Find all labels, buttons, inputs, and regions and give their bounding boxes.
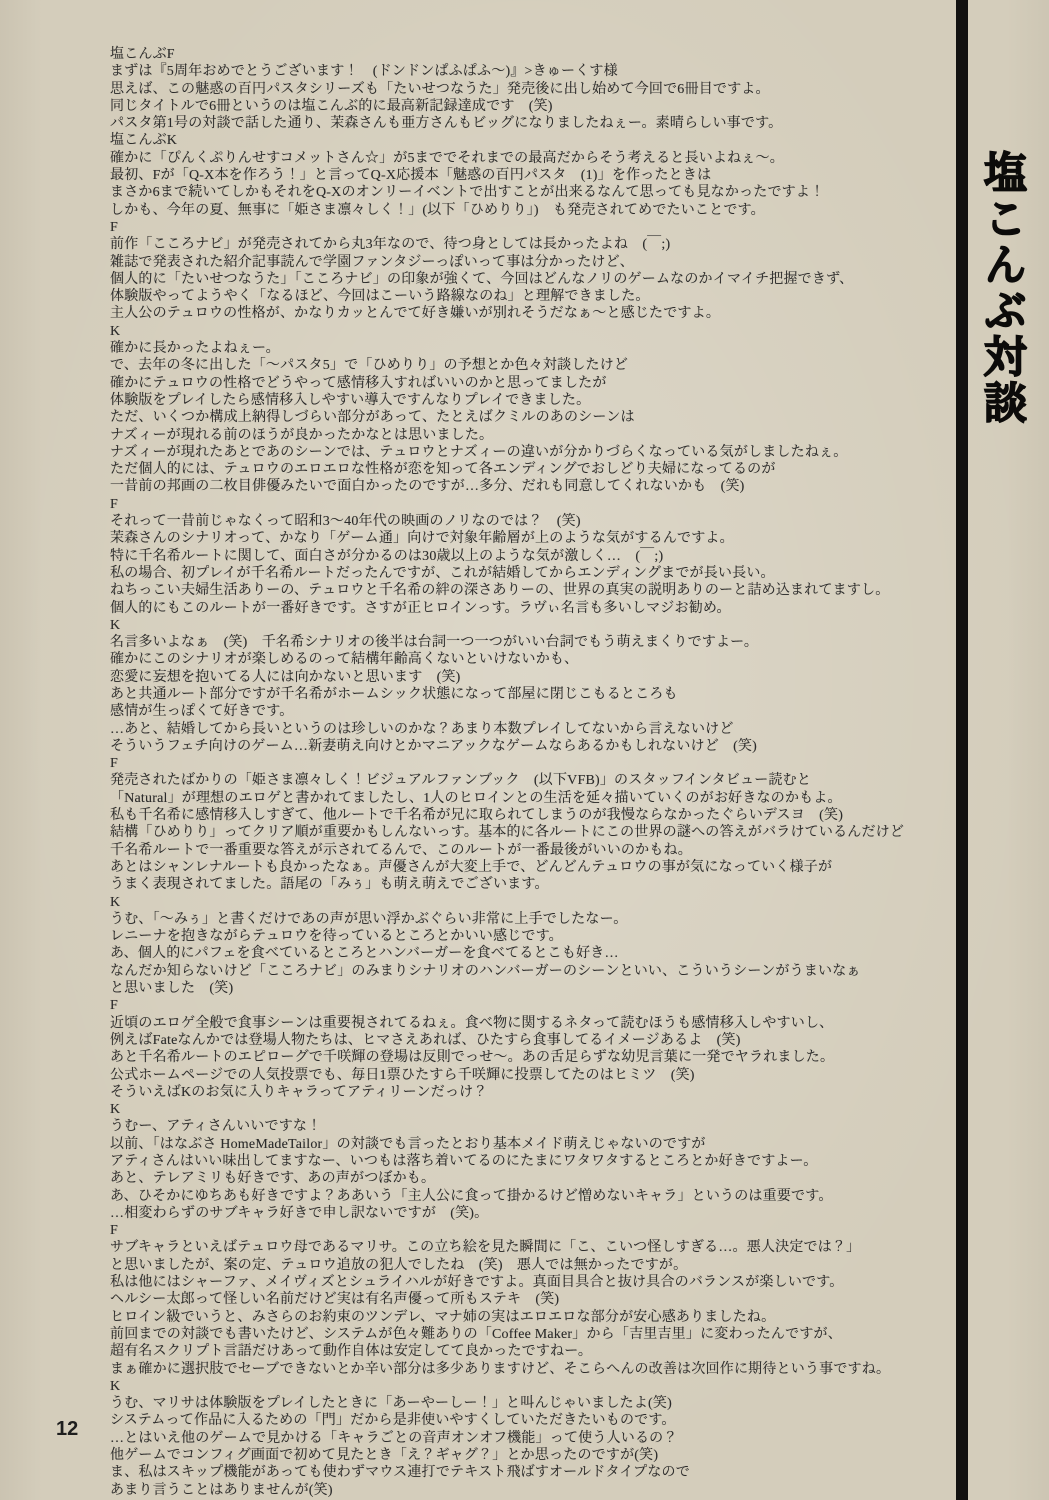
dialogue-line: あまり言うことはありませんが(笑) (110, 1482, 955, 1499)
dialogue-line: 「Natural」が理想のエロゲと書かれてましたし、1人のヒロインとの生活を延々… (110, 790, 955, 807)
dialogue-text-column: 塩こんぶFまずは『5周年おめでとうございます！ (ドンドンぱふぱふ〜)』>きゅー… (110, 46, 955, 1499)
dialogue-line: 個人的にもこのルートが一番好きです。さすが正ヒロインっす。ラヴぃ名言も多いしマジ… (110, 600, 955, 617)
dialogue-line: 茉森さんのシナリオって、かなり「ゲーム通」向けで対象年齢層が上のような気がするん… (110, 530, 955, 547)
dialogue-line: F (110, 997, 955, 1014)
dialogue-line: 雑誌で発表された紹介記事読んで学園ファンタジーっぽいって事は分かったけど、 (110, 254, 955, 271)
dialogue-line: 発売されたばかりの「姫さま凛々しく！ビジュアルファンブック (以下VFB)」のス… (110, 772, 955, 789)
dialogue-line: うむ、マリサは体験版をプレイしたときに「あーやーしー！」と叫んじゃいましたよ(笑… (110, 1395, 955, 1412)
dialogue-line: 超有名スクリプト言語だけあって動作自体は安定してて良かったですねー。 (110, 1343, 955, 1360)
dialogue-line: ただ個人的には、テュロウのエロエロな性格が恋を知って各エンディングでおしどり夫婦… (110, 461, 955, 478)
dialogue-line: 名言多いよなぁ (笑) 千名希シナリオの後半は台詞一つ一つがいい台詞でもう萌えま… (110, 634, 955, 651)
dialogue-line: K (110, 894, 955, 911)
dialogue-line: 体験版をプレイしたら感情移入しやすい導入ですんなりプレイできました。 (110, 392, 955, 409)
dialogue-line: ヘルシー太郎って怪しい名前だけど実は有名声優って所もステキ (笑) (110, 1291, 955, 1308)
dialogue-line: うむー、アティさんいいですな！ (110, 1118, 955, 1135)
dialogue-line: 結構「ひめりり」ってクリア順が重要かもしんないっす。基本的に各ルートにこの世界の… (110, 824, 955, 841)
dialogue-line: F (110, 1222, 955, 1239)
dialogue-line: 近頃のエロゲ全般で食事シーンは重要視されてるねぇ。食べ物に関するネタって読むほう… (110, 1015, 955, 1032)
dialogue-line: そういうフェチ向けのゲーム…新妻萌え向けとかマニアックなゲームならあるかもしれな… (110, 738, 955, 755)
dialogue-line: 以前、「はなぶさ HomeMadeTailor」の対談でも言ったとおり基本メイド… (110, 1136, 955, 1153)
dialogue-line: と思いました (笑) (110, 980, 955, 997)
dialogue-line: しかも、今年の夏、無事に「姫さま凛々しく！」(以下「ひめりり」) も発売されてめ… (110, 202, 955, 219)
dialogue-line: 同じタイトルで6冊というのは塩こんぶ的に最高新記録達成です (笑) (110, 98, 955, 115)
dialogue-line: 恋愛に妄想を抱いてる人には向かないと思います (笑) (110, 669, 955, 686)
dialogue-line: 主人公のテュロウの性格が、かなりカッとんでて好き嫌いが別れそうだなぁ〜と感じたで… (110, 305, 955, 322)
dialogue-line: 体験版やってようやく「なるほど、今回はこーいう路線なのね」と理解できました。 (110, 288, 955, 305)
dialogue-line: ヒロイン級でいうと、みさらのお約束のツンデレ、マナ姉の実はエロエロな部分が安心感… (110, 1309, 955, 1326)
dialogue-line: うむ、「〜みぅ」と書くだけであの声が思い浮かぶぐらい非常に上手でしたなー。 (110, 911, 955, 928)
dialogue-line: 個人的に「たいせつなうた」「こころナビ」の印象が強くて、今回はどんなノリのゲーム… (110, 271, 955, 288)
dialogue-line: ただ、いくつか構成上納得しづらい部分があって、たとえばクミルのあのシーンは (110, 409, 955, 426)
dialogue-line: F (110, 219, 955, 236)
dialogue-line: レニーナを抱きながらテュロウを待っているところとかいい感じです。 (110, 928, 955, 945)
dialogue-line: …とはいえ他のゲームで見かける「キャラごとの音声オンオフ機能」って使う人いるの？ (110, 1430, 955, 1447)
dialogue-line: 私は他にはシャーファ、メイヴィズとシュライハルが好きですよ。真面目具合と抜け具合… (110, 1274, 955, 1291)
dialogue-line: 例えばFateなんかでは登場人物たちは、ヒマさえあれば、ひたすら食事してるイメー… (110, 1032, 955, 1049)
dialogue-line: パスタ第1号の対談で話した通り、茉森さんも亜方さんもビッグになりましたねぇー。素… (110, 115, 955, 132)
dialogue-line: あ、ひそかにゆちあも好きですよ？ああいう「主人公に食って掛かるけど憎めないキャラ… (110, 1188, 955, 1205)
dialogue-line: K (110, 1378, 955, 1395)
dialogue-line: 公式ホームページでの人気投票でも、毎日1票ひたすら千咲輝に投票してたのはヒミツ … (110, 1067, 955, 1084)
dialogue-line: ナズィーが現れたあとであのシーンでは、テュロウとナズィーの違いが分かりづらくなっ… (110, 444, 955, 461)
dialogue-line: あと、テレアミリも好きです、あの声がつぼかも。 (110, 1170, 955, 1187)
dialogue-line: で、去年の冬に出した「〜パスタ5」で「ひめりり」の予想とか色々対談したけど (110, 357, 955, 374)
dialogue-line: あと共通ルート部分ですが千名希がホームシック状態になって部屋に閉じこもるところも (110, 686, 955, 703)
dialogue-line: あと千名希ルートのエピローグで千咲輝の登場は反則でっせ〜。あの舌足らずな幼児言葉… (110, 1049, 955, 1066)
dialogue-line: 私も千名希に感情移入しすぎて、他ルートで千名希が兄に取られてしまうのが我慢ならな… (110, 807, 955, 824)
dialogue-line: うまく表現されてました。語尾の「みぅ」も萌え萌えでございます。 (110, 876, 955, 893)
dialogue-line: 思えば、この魅惑の百円パスタシリーズも「たいせつなうた」発売後に出し始めて今回で… (110, 81, 955, 98)
dialogue-line: 確かにテュロウの性格でどうやって感情移入すればいいのかと思ってましたが (110, 375, 955, 392)
dialogue-line: 塩こんぶF (110, 46, 955, 63)
dialogue-line: 感情が生っぽくて好きです。 (110, 703, 955, 720)
dialogue-line: K (110, 323, 955, 340)
page-number: 12 (56, 1418, 78, 1441)
dialogue-line: それって一昔前じゃなくって昭和3〜40年代の映画のノリなのでは？ (笑) (110, 513, 955, 530)
dialogue-line: F (110, 755, 955, 772)
margin-vertical-rule (956, 0, 968, 1500)
dialogue-line: システムって作品に入るための「門」だから是非使いやすくしていただきたいものです。 (110, 1412, 955, 1429)
dialogue-line: 特に千名希ルートに関して、面白さが分かるのは30歳以上のような気が激しく… (￣… (110, 548, 955, 565)
dialogue-line: ナズィーが現れる前のほうが良かったかなとは思いました。 (110, 427, 955, 444)
dialogue-line: 最初、Fが「Q-X本を作ろう！」と言ってQ-X応援本「魅惑の百円パスタ (1)」… (110, 167, 955, 184)
dialogue-line: アティさんはいい味出してますなー、いつもは落ち着いてるのにたまにワタワタするとこ… (110, 1153, 955, 1170)
dialogue-line: 千名希ルートで一番重要な答えが示されてるんで、このルートが一番最後がいいのかもね… (110, 842, 955, 859)
dialogue-line: K (110, 617, 955, 634)
dialogue-line: 前回までの対談でも書いたけど、システムが色々難ありの「Coffee Maker」… (110, 1326, 955, 1343)
margin-title-vertical: 塩こんぶ対談 (972, 150, 1033, 426)
dialogue-line: 他ゲームでコンフィグ画面で初めて見たとき「え？ギャグ？」とか思ったのですが(笑) (110, 1447, 955, 1464)
dialogue-line: F (110, 496, 955, 513)
dialogue-line: …相変わらずのサブキャラ好きで申し訳ないですが (笑)。 (110, 1205, 955, 1222)
dialogue-line: 私の場合、初プレイが千名希ルートだったんですが、これが結婚してからエンディングま… (110, 565, 955, 582)
dialogue-line: 前作「こころナビ」が発売されてから丸3年なので、待つ身としては長かったよね (￣… (110, 236, 955, 253)
dialogue-line: まぁ確かに選択肢でセーブできないとか辛い部分は多少ありますけど、そこらへんの改善… (110, 1361, 955, 1378)
dialogue-line: 確かに「ぴんくぷりんせすコメットさん☆」が5まででそれまでの最高だからそう考える… (110, 150, 955, 167)
dialogue-line: K (110, 1101, 955, 1118)
dialogue-line: そういえばKのお気に入りキャラってアティリーンだっけ？ (110, 1084, 955, 1101)
dialogue-line: …あと、結婚してから長いというのは珍しいのかな？あまり本数プレイしてないから言え… (110, 721, 955, 738)
dialogue-line: ま、私はスキップ機能があっても使わずマウス連打でテキスト飛ばすオールドタイプなの… (110, 1464, 955, 1481)
dialogue-line: あとはシャンレナルートも良かったなぁ。声優さんが大変上手で、どんどんテュロウの事… (110, 859, 955, 876)
dialogue-line: 塩こんぶK (110, 132, 955, 149)
dialogue-line: なんだか知らないけど「こころナビ」のみまりシナリオのハンバーガーのシーンといい、… (110, 963, 955, 980)
dialogue-line: と思いましたが、案の定、テュロウ追放の犯人でしたね (笑) 悪人では無かったです… (110, 1257, 955, 1274)
dialogue-line: 確かに長かったよねぇー。 (110, 340, 955, 357)
dialogue-line: 一昔前の邦画の二枚目俳優みたいで面白かったのですが…多分、だれも同意してくれない… (110, 478, 955, 495)
dialogue-line: 確かにこのシナリオが楽しめるのって結構年齢高くないといけないかも、 (110, 651, 955, 668)
dialogue-line: まさか6まで続いてしかもそれをQ-Xのオンリーイベントで出すことが出来るなんて思… (110, 184, 955, 201)
dialogue-line: サブキャラといえばテュロウ母であるマリサ。この立ち絵を見た瞬間に「こ、こいつ怪し… (110, 1239, 955, 1256)
dialogue-line: あ、個人的にパフェを食べているところとハンバーガーを食べてるとこも好き… (110, 945, 955, 962)
scanned-doujinshi-page: 塩こんぶFまずは『5周年おめでとうございます！ (ドンドンぱふぱふ〜)』>きゅー… (0, 0, 1049, 1500)
dialogue-line: ねちっこい夫婦生活ありーの、テュロウと千名希の絆の深さありーの、世界の真実の説明… (110, 582, 955, 599)
dialogue-line: まずは『5周年おめでとうございます！ (ドンドンぱふぱふ〜)』>きゅーくす様 (110, 63, 955, 80)
